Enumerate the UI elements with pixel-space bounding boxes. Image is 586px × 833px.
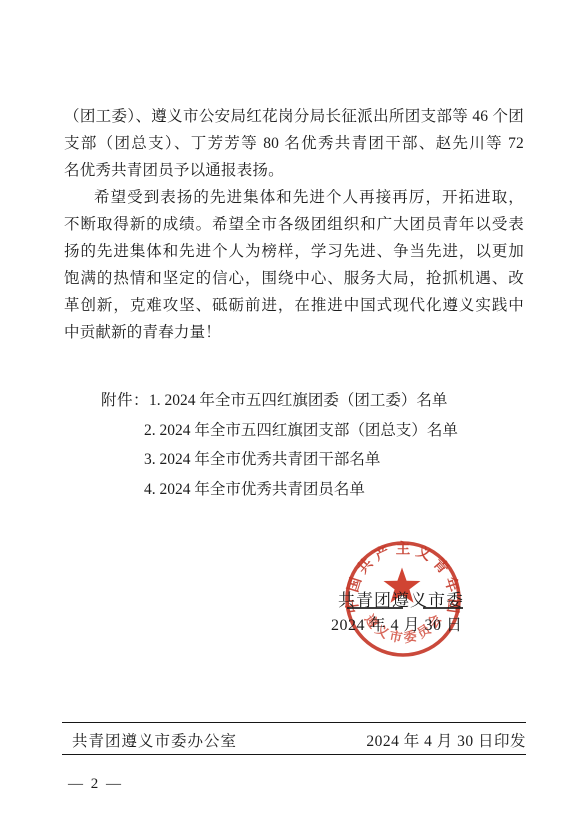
attachments-list: 附件：1. 2024 年全市五四红旗团委（团工委）名单 2. 2024 年全市五… [64, 386, 524, 504]
attachment-item: 3. 2024 年全市优秀共青团干部名单 [64, 445, 524, 475]
paragraph1-line: 名优秀共青团员予以通报表扬。 [64, 157, 524, 184]
paragraph2-line: 饱满的热情和坚定的信心，围绕中心、服务大局，抢抓机遇、改 [64, 265, 524, 292]
paragraph2-line: 扬的先进集体和先进个人为榜样，学习先进、争当先进，以更加 [64, 238, 524, 265]
paragraph1-line: （团工委）、遵义市公安局红花岗分局长征派出所团支部等 46 个团 [64, 103, 524, 130]
footer-rule-top [62, 722, 526, 723]
signature-underline [423, 607, 463, 609]
paragraph2-line: 不断取得新的成绩。希望全市各级团组织和广大团员青年以受表 [64, 211, 524, 238]
signature-underline [347, 607, 403, 609]
paragraph2-line: 中贡献新的青春力量！ [64, 319, 524, 346]
document-page: （团工委）、遵义市公安局红花岗分局长征派出所团支部等 46 个团 支部（团总支）… [0, 0, 586, 833]
attachment-item-text: 1. 2024 年全市五四红旗团委（团工委）名单 [149, 392, 447, 409]
attachments-label: 附件： [101, 392, 149, 409]
signature-date: 2024 年 4 月 30 日 [331, 612, 463, 635]
page-number: — 2 — [68, 776, 123, 793]
footer-rule-bottom [62, 754, 526, 755]
paragraph2-line: 革创新，克难攻坚、砥砺前进，在推进中国式现代化遵义实践中 [64, 292, 524, 319]
body-text: （团工委）、遵义市公安局红花岗分局长征派出所团支部等 46 个团 支部（团总支）… [64, 103, 524, 346]
paragraph1-line: 支部（团总支）、丁芳芳等 80 名优秀共青团干部、赵先川等 72 [64, 130, 524, 157]
attachment-item: 4. 2024 年全市优秀共青团员名单 [64, 475, 524, 505]
attachment-item: 2. 2024 年全市五四红旗团支部（团总支）名单 [64, 416, 524, 446]
paragraph2-line: 希望受到表扬的先进集体和先进个人再接再厉，开拓进取， [64, 184, 524, 211]
footer-print-date: 2024 年 4 月 30 日印发 [366, 729, 526, 751]
footer-issuer: 共青团遵义市委办公室 [72, 729, 237, 751]
attachment-item: 附件：1. 2024 年全市五四红旗团委（团工委）名单 [64, 386, 524, 416]
